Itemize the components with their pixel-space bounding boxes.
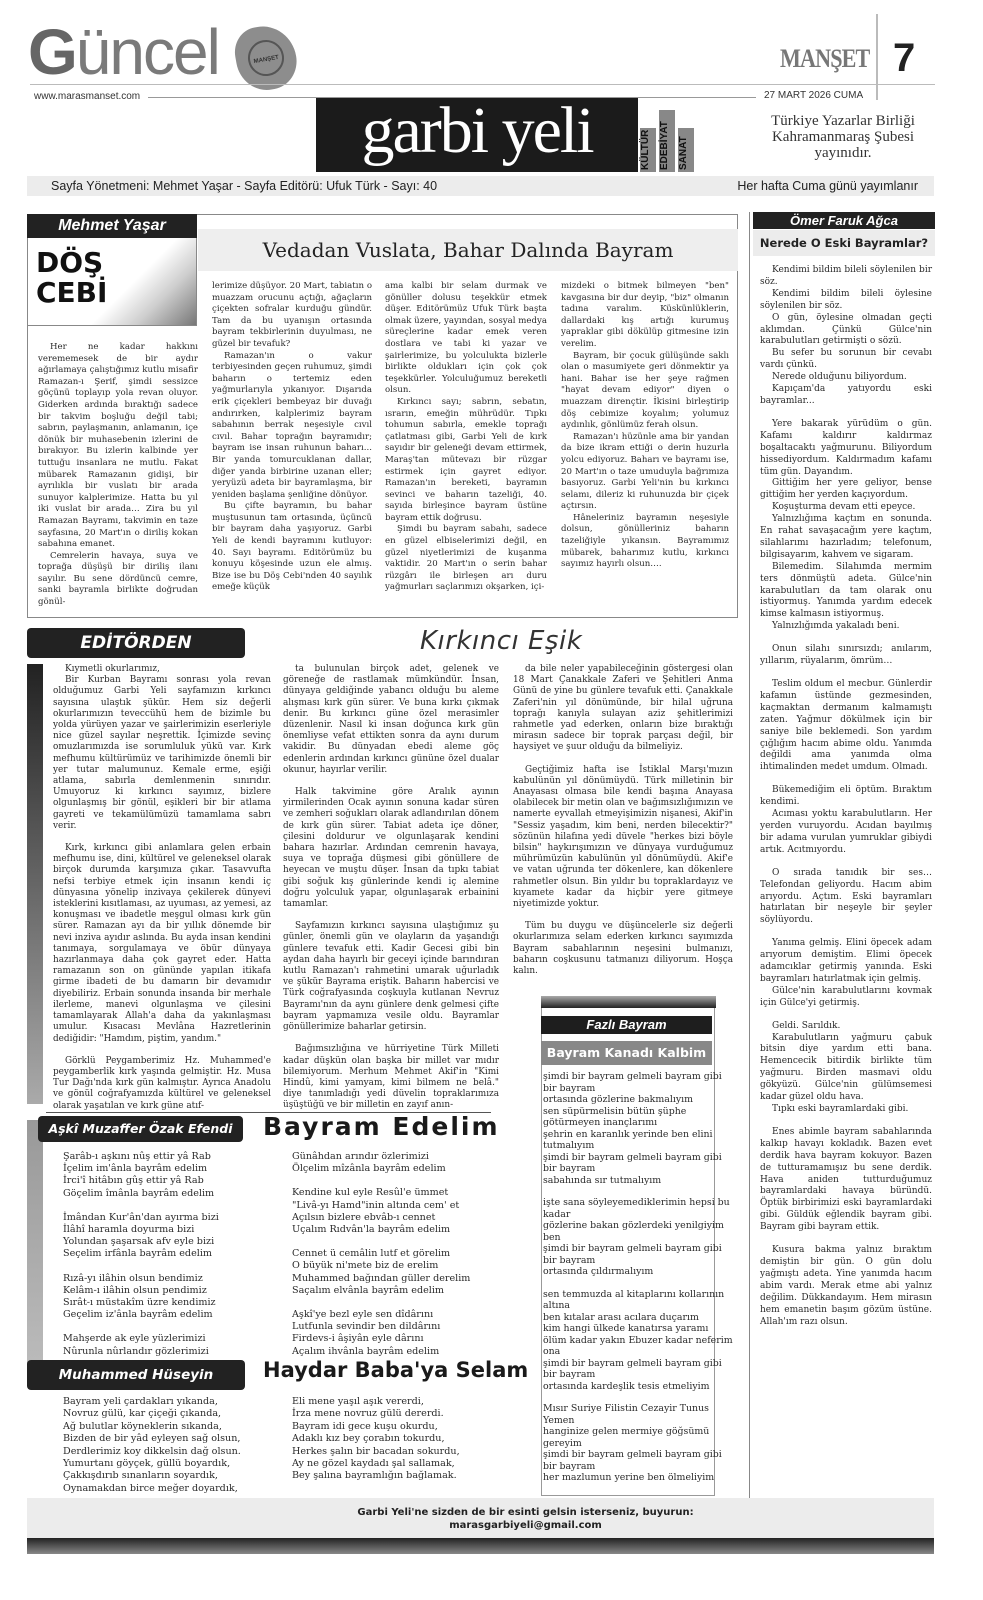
footer-email[interactable]: marasgarbiyeli@gmail.com [117,1519,934,1532]
article-title: Vedadan Vuslata, Bahar Dalında Bayram [198,229,738,271]
paragraph: Gülce'nin karabulutlarını kovmak için Gü… [760,986,932,1010]
poem-line: Yemen [543,1415,713,1427]
poem-line: Mısır Suriye Filistin Cezayir Tunus [543,1403,713,1415]
stanza: sen temmuzda al kitaplarını kollarınınal… [543,1289,713,1393]
editorial-sidebar [27,664,43,1104]
paragraph: Karabulutların yağmuru çabuk bitsin diye… [760,1033,932,1104]
editorial-label: EDİTÖRDEN [27,628,245,658]
poem-line: Açalım ihvânla bayrâm edelim [292,1346,470,1358]
poet-label-sehriyar: Muhammed Hüseyin Şehriyar [27,1360,245,1390]
poem-line: Derdlerimiz koy dikkelsin dağ olsun. [63,1446,241,1458]
paragraph: Tıpkı eski bayramlardaki gibi. [760,1104,932,1116]
website-link[interactable]: www.marasmanset.com [34,91,140,102]
poem1-right: Günâhdan arındır özlerimiziÖlçelim mîzân… [292,1151,470,1370]
stanza: Bayram yeli çardakları yıkanda,Novruz gü… [63,1396,241,1495]
poem-line: Eli mene yaşıl aşık vererdi, [292,1396,460,1408]
stanza: Cennet ü cemâlin lutf et görelimO büyük … [292,1248,470,1297]
right-column-author: Ömer Faruk Ağca [753,212,935,229]
poem-line: Bizden de bir yâd eyleyen sağ olsun, [63,1433,241,1445]
poem-line: ortasında gözlerine bakmalıyım [543,1094,713,1106]
stanza: İmândan Kur'ân'dan ayırma biziİlâhî hara… [63,1212,219,1261]
poem-line: Firdevs-i âşiyân eyle dârını [292,1333,470,1345]
frequency-text: Her hafta Cuma günü yayımlanır [737,176,918,196]
paragraph: Kendimi bildim bileli söylenilen bir söz… [760,265,932,289]
poem-line: sabahında sır tutmalıyım [543,1175,713,1187]
masthead-title: garbi yeli [316,98,638,172]
page-number: 7 [893,36,915,81]
poem-line: Yumurtanı göyçek, güllü boyardık, [63,1458,241,1470]
poem-line: götürmeyen inançlarımı [543,1117,713,1129]
poem-line: Saçalım elvânla bayrâm edelim [292,1285,470,1297]
poem-line: Mahşerde ak eyle yüzlerimizi [63,1333,219,1345]
category-tags: KÜLTÜR EDEBİYAT SANAT [640,98,700,172]
stanza: Günâhdan arındır özlerimiziÖlçelim mîzân… [292,1151,470,1175]
poem-line: şimdi bir bayram gelmeli bayram gibi [543,1243,713,1255]
stanza: Kendine kul eyle Resûl'e ümmet"Livâ-yı H… [292,1187,470,1236]
paragraph: Kusura bakma yalnız bıraktım demiştin bi… [760,1245,932,1328]
poem-line: Adaklı kız bey çorabın tokurdu, [292,1433,460,1445]
poem-line: bir bayram [543,1369,713,1381]
paragraph: Yalnızlığımda yakaladı beni. [760,621,932,633]
poem-line: şimdi bir bayram gelmeli bayram gibi [543,1152,713,1164]
paragraph: Teslim oldum el mecbur. Günlerdir kafamı… [760,679,932,774]
poem-line: kim hangi ülkede kanatırsa yaramı [543,1323,713,1335]
stanza: Aşkî'ye bezl eyle sen dîdârınıLutfunla s… [292,1309,470,1358]
poem-line: sen temmuzda al kitaplarını kollarının [543,1289,713,1301]
poem-line: Çakkışdırıb sınanların soyardık, [63,1470,241,1482]
poem-line: Yolundan şaşarsak afv eyle bizi [63,1236,219,1248]
poem-line: Bey şalına bayramlığın bağlamak. [292,1470,460,1482]
publisher-note: Türkiye Yazarlar Birliği Kahramanmaraş Ş… [748,113,938,161]
poem1-left: Şarâb-ı aşkını nûş ettir yâ Rabİçelim im… [63,1151,219,1370]
poem2-left: Bayram yeli çardakları yıkanda,Novruz gü… [63,1396,241,1507]
article1-col2: lerimize düşüyor. 20 Mart, tabiatın o mu… [212,281,372,594]
paragraph: Yalnızlığıma kaçtım en sonunda. En rahat… [760,514,932,562]
poem-line: Aşkî'ye bezl eyle sen dîdârını [292,1309,470,1321]
poem-line: ona [543,1346,713,1358]
paragraph: Yere bakarak yürüdüm o gün. Kafamı kaldı… [760,419,932,479]
editorial-col3: da bile neler yapabileceğinin göstergesi… [513,664,733,977]
poem-line: İrci'î hitâbın gûş ettir yâ Rab [63,1175,219,1187]
poem-line: kadar [543,1209,713,1221]
editorial-col2: ta bulunulan birçok adet, gelenek ve gör… [283,664,499,1112]
tag-kultur: KÜLTÜR [640,128,656,172]
poem-title-bayram-kanadi: Bayram Kanadı Kalbim [541,1041,712,1065]
paragraph: O gün, öylesine olmadan geçti aklımdan. … [760,313,932,349]
paragraph: Görklü Peygamberimiz Hz. Muhammed'e peyg… [53,1056,271,1112]
paragraph: Bu sefer bu sorunun bir cevabı vardı çün… [760,348,932,372]
poem-line: şimdi bir bayram gelmeli bayram gibi [543,1358,713,1370]
author-name: Mehmet Yaşar [27,214,197,238]
column-name: DÖŞCEBİ [36,248,107,308]
paragraph: Enes abimle bayram sabahlarında kalkıp h… [760,1127,932,1234]
poem-line: sen süpürmelisin bütün şüphe [543,1106,713,1118]
poem-line: ölüm kadar yakın Ebuzer kadar neferim [543,1335,713,1347]
stanza: Mısır Suriye Filistin Cezayir TunusYemen… [543,1403,713,1484]
poem-line: işte sana söyleyemediklerimin hepsi bu [543,1197,713,1209]
paragraph: Nerede olduğunu biliyordum. [760,372,932,384]
poem3-body: şimdi bir bayram gelmeli bayram gibibir … [543,1071,713,1495]
poem-line: Cennet ü cemâlin lutf et görelim [292,1248,470,1260]
poem-line: gözlerine bakan gözlerdeki yenilgiyim [543,1220,713,1232]
poem-line: Herkes şalın bir bacadan sokurdu, [292,1446,460,1458]
paragraph: Kendimi bildim bileli öylesine söylenile… [760,289,932,313]
footer-contact: Garbi Yeli'ne sizden de bir esinti gelsi… [27,1498,934,1538]
paragraph: Bükemediğim eli öptüm. Bıraktım kendimi. [760,785,932,809]
newspaper-name: MANŞET [780,44,869,74]
poem-line: Lutfunla sevindir ben dildârını [292,1321,470,1333]
paragraph: Bağımsızlığına ve hürriyetine Türk Mille… [283,1044,499,1111]
stanza: Mahşerde ak eyle yüzlerimiziNûrunla nûrl… [63,1333,219,1357]
poem-line: İmândan Kur'ân'dan ayırma bizi [63,1212,219,1224]
poem-line: Muhammed bağından güller derelim [292,1273,470,1285]
poem-title-bayram-edelim: Bayram Edelim [263,1112,500,1141]
poem-line: Kendine kul eyle Resûl'e ümmet [292,1187,470,1199]
paragraph: Yanıma gelmiş. Elini öpecek adam arıyoru… [760,938,932,986]
poem-line: Sırât-ı müstakîm üzre kendimiz [63,1297,219,1309]
right-column-body: Kendimi bildim bileli söylenilen bir söz… [760,265,932,1328]
footer-invite: Garbi Yeli'ne sizden de bir esinti gelsi… [117,1506,934,1519]
poet-label-ozak: Aşkî Muzaffer Özak Efendi Hz. [38,1116,243,1142]
paragraph: Geldi. Sarıldık. [760,1021,932,1033]
editorial-col1: Kıymetli okurlarımız,Bir Kurban Bayramı … [53,664,271,1112]
poem-line: Kelâm-ı ilâhin olsun pendimiz [63,1285,219,1297]
paragraph: Kapıçam'da yatıyordu eski bayramlar... [760,384,932,408]
stanza: Rızâ-yı ilâhin olsun bendimizKelâm-ı ilâ… [63,1273,219,1322]
tag-edebiyat: EDEBİYAT [659,110,675,172]
poem-line: O büyük ni'mete biz de erelim [292,1260,470,1272]
poem-line: şehrin en karanlık yerinde ben elini [543,1129,713,1141]
poem-line: her mazlumun yerine ben ölmeliyim [543,1472,713,1484]
poem-line: İçelim im'ânla bayrâm edelim [63,1163,219,1175]
right-column-title: Nerede O Eski Bayramlar? [753,230,935,256]
poem-line: bir bayram [543,1083,713,1095]
poem-line: şimdi bir bayram gelmeli bayram gibi [543,1071,713,1083]
poet-label-fazli: Fazlı Bayram [541,1016,712,1034]
poem-line: altına [543,1300,713,1312]
editorial-title: Kırkıncı Eşik [420,626,582,656]
poem-line: gereyim [543,1438,713,1450]
paragraph: Sayfamızın kırkıncı sayısına ulaştığımız… [283,921,499,1033]
paragraph: Acıması yoktu karabulutların. Her yerden… [760,809,932,857]
poem-line: Göçelim îmânla bayrâm edelim [63,1188,219,1200]
poem-line: bir bayram [543,1163,713,1175]
poem-line: Geçelim iz'ânla bayrâm edelim [63,1309,219,1321]
paragraph: Halk takvimine göre Aralık ayının yirmil… [283,787,499,910]
poems-sidebar [27,1120,43,1368]
poem-line: Açılsın bizlere ebvâb-ı cennet [292,1212,470,1224]
poem-line: İrza mene novruz gülü dererdi. [292,1408,460,1420]
paragraph: Bir Kurban Bayramı sonrası yola revan ol… [53,675,271,832]
paragraph: ta bulunulan birçok adet, gelenek ve gör… [283,664,499,776]
poem-line: Rızâ-yı ilâhin olsun bendimiz [63,1273,219,1285]
paragraph: Geçtiğimiz hafta ise İstiklal Marşı'mızı… [513,765,733,911]
poem-line: Şarâb-ı aşkını nûş ettir yâ Rab [63,1151,219,1163]
stanza: Şarâb-ı aşkını nûş ettir yâ Rabİçelim im… [63,1151,219,1200]
poem-line: ortasında kardeşlik tesis etmeliyim [543,1381,713,1393]
stanza: işte sana söyleyemediklerimin hepsi buka… [543,1197,713,1278]
poem-line: Bayram yeli çardakları yıkanda, [63,1396,241,1408]
issue-date: 27 MART 2026 CUMA [764,90,863,101]
poem-line: ben kıtalar arası acılara duçarım [543,1312,713,1324]
paragraph: Gittiğim her yere geliyor, bense gittiği… [760,478,932,502]
header-divider [30,84,935,85]
paragraph: Kırk, kırkıncı gibi anlamlara gelen erba… [53,843,271,1045]
paragraph: O sırada tanıdık bir ses… Telefondan gel… [760,868,932,928]
poem2-right: Eli mene yaşıl aşık vererdi,İrza mene no… [292,1396,460,1495]
poem-line: Günâhdan arındır özlerimizi [292,1151,470,1163]
poem-line: hanginize gelen mermiye göğsümü [543,1426,713,1438]
poem-line: Oynamakdan birce meğer doyardık, [63,1483,241,1495]
poem-line: Bayram idi gece kuşu okurdu, [292,1421,460,1433]
article1-col3: ama kalbi bir selam durmak ve gönüller d… [385,281,547,594]
poem-line: şimdi bir bayram gelmeli bayram gibi [543,1449,713,1461]
paragraph: Bilemedim. Silahımda mermim ters dönmüşt… [760,562,932,622]
poem-line: bir bayram [543,1255,713,1267]
tag-sanat: SANAT [678,128,694,172]
poem-line: Ay ne gözel kaydadı şal sallamak, [292,1458,460,1470]
poem-line: Ölçelim mîzânla bayrâm edelim [292,1163,470,1175]
poem-line: Novruz gülü, kar çiçeği çıkanda, [63,1408,241,1420]
page-number-divider [876,14,878,100]
poem-line: Nûrunla nûrlandır gözlerimizi [63,1346,219,1358]
poem-title-haydar-baba: Haydar Baba'ya Selam [263,1358,528,1382]
poem-line: ortasında çıldırmalıyım [543,1266,713,1278]
poem-line: bir bayram [543,1461,713,1473]
paragraph: Kıymetli okurlarımız, [53,664,271,675]
section-logo: Güncel [28,20,219,84]
poem-line: İlâhî haramla doyurma bizi [63,1224,219,1236]
article1-col1: Her ne kadar hakkını verememesek de bir … [38,342,198,609]
poem-line: Ağ bulutlar köyneklerin sıkanda, [63,1421,241,1433]
stanza: Eli mene yaşıl aşık vererdi,İrza mene no… [292,1396,460,1483]
credits-bar: Sayfa Yönetmeni: Mehmet Yaşar - Sayfa Ed… [27,176,934,196]
credits-text: Sayfa Yönetmeni: Mehmet Yaşar - Sayfa Ed… [51,179,437,193]
paragraph: Onun silahı sınırsızdı; anılarım, yıllar… [760,644,932,668]
paragraph: Koşuşturma devam etti epeyce. [760,502,932,514]
poem-line: Uçalım Rıdvân'la bayrâm edelim [292,1224,470,1236]
poem-line: Seçelim irfânla bayrâm edelim [63,1248,219,1260]
poem-line: tutmalıyım [543,1140,713,1152]
poem-box-topbar [541,996,716,1008]
poem-line: "Livâ-yı Hamd"inin altında cem' et [292,1200,470,1212]
paragraph: Tüm bu duygu ve düşüncelerle siz değerli… [513,921,733,977]
poem-line: ben [543,1232,713,1244]
article1-col4: mizdeki o bitmek bilmeyen "ben" kavgasın… [561,281,729,571]
stanza: şimdi bir bayram gelmeli bayram gibibir … [543,1071,713,1186]
paragraph: da bile neler yapabileceğinin göstergesi… [513,664,733,754]
footer-bar [27,1538,934,1554]
